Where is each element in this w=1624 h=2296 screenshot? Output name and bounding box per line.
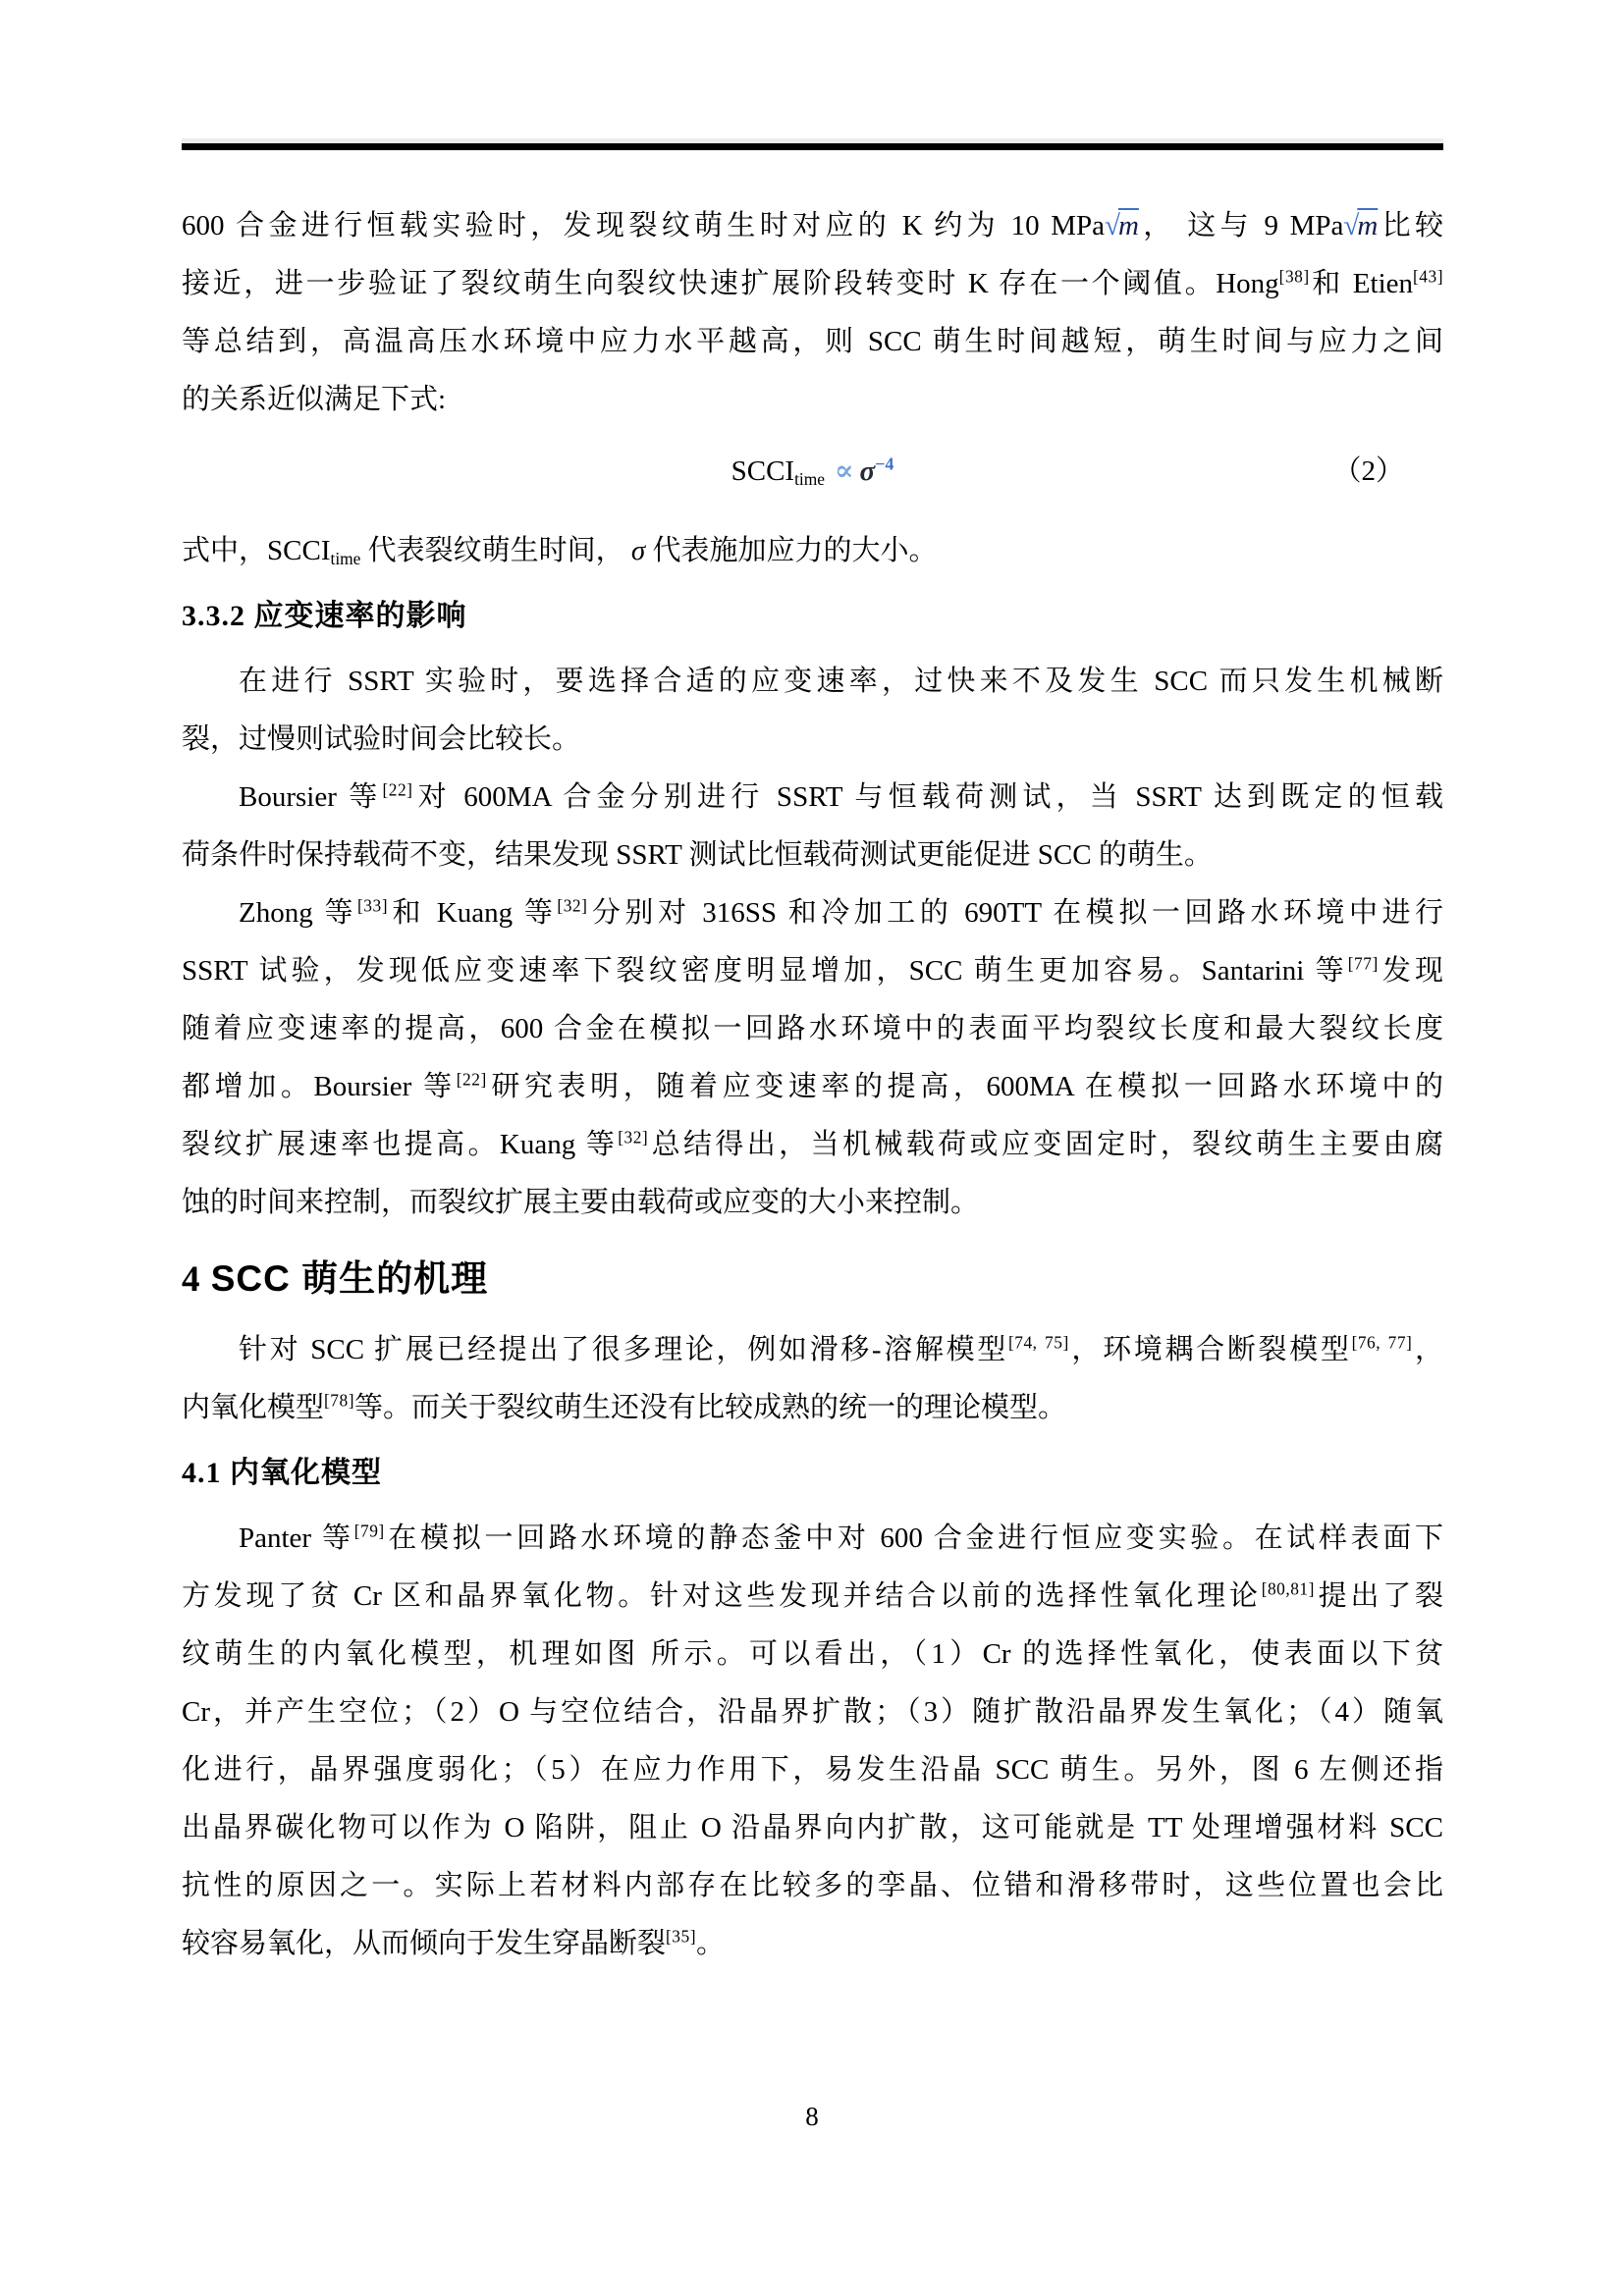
text-segment: 等总结到，高温高压水环境中应力水平越高，则 SCC 萌生时间越短，萌生时间与应力…: [182, 326, 1443, 357]
text-segment: 内氧化模型: [182, 1392, 324, 1423]
text-segment: 裂，过慢则试验时间会比较长。: [182, 723, 580, 755]
text-segment: 研究表明，随着应变速率的提高，600MA 在模拟一回路水环境中的: [487, 1071, 1443, 1102]
text-line: 裂纹扩展速率也提高。Kuang 等[32]总结得出，当机械载荷或应变固定时，裂纹…: [182, 1116, 1443, 1174]
text-segment: Cr，并产生空位；（2）O 与空位结合，沿晶界扩散；（3）随扩散沿晶界发生氧化；…: [182, 1696, 1443, 1728]
paragraph: 式中，SCCItime 代表裂纹萌生时间， σ 代表施加应力的大小。: [182, 522, 1443, 580]
text-segment: 出晶界碳化物可以作为 O 陷阱，阻止 O 沿晶界向内扩散，这可能就是 TT 处理…: [182, 1812, 1443, 1843]
text-segment: 和 Kuang 等: [388, 897, 557, 929]
text-line: 的关系近似满足下式:: [182, 371, 1443, 429]
paragraph: Zhong 等[33]和 Kuang 等[32]分别对 316SS 和冷加工的 …: [182, 884, 1443, 1232]
text-segment: 接近，进一步验证了裂纹萌生向裂纹快速扩展阶段转变时 K 存在一个阈值。Hong: [182, 268, 1279, 299]
equation: SCCItime∝σ−4（2）: [182, 443, 1443, 501]
citation-superscript: [79]: [354, 1521, 385, 1540]
section-heading: 4 SCC 萌生的机理: [182, 1252, 1443, 1308]
text-segment: 发现: [1379, 955, 1443, 987]
paragraph: 在进行 SSRT 实验时，要选择合适的应变速率，过快来不及发生 SCC 而只发生…: [182, 653, 1443, 769]
heading-number: 4: [182, 1259, 211, 1300]
header-rule: [182, 143, 1443, 150]
sqrt-m-symbol: m: [1118, 210, 1139, 241]
paragraph: 600 合金进行恒载实验时，发现裂纹萌生时对应的 K 约为 10 MPa√m， …: [182, 197, 1443, 429]
paragraph: 针对 SCC 扩展已经提出了很多理论，例如滑移-溶解模型[74, 75]，环境耦…: [182, 1321, 1443, 1437]
citation-superscript: [33]: [357, 895, 388, 915]
text-line: 600 合金进行恒载实验时，发现裂纹萌生时对应的 K 约为 10 MPa√m， …: [182, 197, 1443, 255]
citation-superscript: [78]: [324, 1390, 354, 1410]
heading-number: 4.1: [182, 1457, 230, 1489]
text-segment: Panter 等: [239, 1522, 354, 1554]
text-segment: 式中，SCCI: [182, 535, 330, 566]
text-line: 在进行 SSRT 实验时，要选择合适的应变速率，过快来不及发生 SCC 而只发生…: [182, 653, 1443, 711]
equation-body: SCCItime∝σ−4: [731, 455, 894, 487]
exponent-superscript: −4: [875, 454, 893, 473]
text-segment: 的关系近似满足下式:: [182, 384, 446, 415]
text-line: Cr，并产生空位；（2）O 与空位结合，沿晶界扩散；（3）随扩散沿晶界发生氧化；…: [182, 1683, 1443, 1741]
text-segment: 蚀的时间来控制，而裂纹扩展主要由载荷或应变的大小来控制。: [182, 1187, 979, 1218]
sigma-symbol: σ: [631, 535, 645, 566]
text-segment: 比较: [1378, 210, 1443, 241]
citation-superscript: [74, 75]: [1008, 1332, 1069, 1352]
text-segment: Boursier 等: [239, 781, 383, 813]
text-line: 化进行，晶界强度弱化；（5）在应力作用下，易发生沿晶 SCC 萌生。另外，图 6…: [182, 1741, 1443, 1799]
text-segment: 较容易氧化，从而倾向于发生穿晶断裂: [182, 1928, 666, 1959]
citation-superscript: [35]: [666, 1926, 696, 1946]
text-segment: ，: [1412, 1334, 1443, 1365]
text-line: 方发现了贫 Cr 区和晶界氧化物。针对这些发现并结合以前的选择性氧化理论[80,…: [182, 1568, 1443, 1626]
citation-superscript: [43]: [1413, 266, 1443, 286]
text-line: 荷条件时保持载荷不变，结果发现 SSRT 测试比恒载荷测试更能促进 SCC 的萌…: [182, 827, 1443, 884]
citation-superscript: [76, 77]: [1352, 1332, 1413, 1352]
text-segment: 分别对 316SS 和冷加工的 690TT 在模拟一回路水环境中进行: [587, 897, 1443, 929]
text-segment: ， 这与 9 MPa: [1139, 210, 1344, 241]
text-segment: 裂纹扩展速率也提高。Kuang 等: [182, 1129, 618, 1160]
paragraph: Panter 等[79]在模拟一回路水环境的静态釜中对 600 合金进行恒应变实…: [182, 1510, 1443, 1973]
text-line: 接近，进一步验证了裂纹萌生向裂纹快速扩展阶段转变时 K 存在一个阈值。Hong[…: [182, 255, 1443, 313]
subsection-heading: 3.3.2 应变速率的影响: [182, 594, 1443, 639]
text-line: 裂，过慢则试验时间会比较长。: [182, 711, 1443, 769]
text-line: Boursier 等[22]对 600MA 合金分别进行 SSRT 与恒载荷测试…: [182, 769, 1443, 827]
heading-text: 内氧化模型: [230, 1457, 382, 1489]
proportional-symbol: ∝: [835, 455, 853, 487]
text-line: 针对 SCC 扩展已经提出了很多理论，例如滑移-溶解模型[74, 75]，环境耦…: [182, 1321, 1443, 1379]
text-segment: 提出了裂: [1315, 1580, 1443, 1612]
text-line: Panter 等[79]在模拟一回路水环境的静态釜中对 600 合金进行恒应变实…: [182, 1510, 1443, 1568]
text-segment: 抗性的原因之一。实际上若材料内部存在比较多的孪晶、位错和滑移带时，这些位置也会比: [182, 1870, 1443, 1901]
citation-superscript: [38]: [1279, 266, 1310, 286]
citation-superscript: [22]: [457, 1069, 487, 1089]
equation-number: （2）: [1332, 443, 1404, 501]
heading-text: 应变速率的影响: [254, 600, 467, 632]
text-segment: 等。而关于裂纹萌生还没有比较成熟的统一的理论模型。: [354, 1392, 1066, 1423]
text-segment: 在进行 SSRT 实验时，要选择合适的应变速率，过快来不及发生 SCC 而只发生…: [239, 666, 1443, 697]
text-segment: 代表裂纹萌生时间，: [360, 535, 631, 566]
text-line: 纹萌生的内氧化模型，机理如图 所示。可以看出，（1）Cr 的选择性氧化，使表面以…: [182, 1626, 1443, 1683]
text-segment: 总结得出，当机械载荷或应变固定时，裂纹萌生主要由腐: [648, 1129, 1443, 1160]
text-segment: 纹萌生的内氧化模型，机理如图 所示。可以看出，（1）Cr 的选择性氧化，使表面以…: [182, 1638, 1443, 1670]
citation-superscript: [32]: [618, 1127, 648, 1147]
citation-superscript: [77]: [1348, 953, 1379, 973]
text-line: 较容易氧化，从而倾向于发生穿晶断裂[35]。: [182, 1915, 1443, 1973]
citation-superscript: [22]: [383, 779, 413, 799]
document-content: 600 合金进行恒载实验时，发现裂纹萌生时对应的 K 约为 10 MPa√m， …: [182, 143, 1443, 1973]
citation-superscript: [80,81]: [1262, 1578, 1315, 1598]
text-segment: 化进行，晶界强度弱化；（5）在应力作用下，易发生沿晶 SCC 萌生。另外，图 6…: [182, 1754, 1443, 1786]
text-segment: SSRT 试验，发现低应变速率下裂纹密度明显增加，SCC 萌生更加容易。Sant…: [182, 955, 1348, 987]
subscript: time: [330, 549, 360, 568]
text-line: 蚀的时间来控制，而裂纹扩展主要由载荷或应变的大小来控制。: [182, 1174, 1443, 1232]
text-line: 出晶界碳化物可以作为 O 陷阱，阻止 O 沿晶界向内扩散，这可能就是 TT 处理…: [182, 1799, 1443, 1857]
subscript: time: [794, 469, 825, 489]
subsection-heading: 4.1 内氧化模型: [182, 1451, 1443, 1496]
text-segment: 600 合金进行恒载实验时，发现裂纹萌生时对应的 K 约为 10 MPa: [182, 210, 1105, 241]
text-line: 内氧化模型[78]等。而关于裂纹萌生还没有比较成熟的统一的理论模型。: [182, 1379, 1443, 1437]
text-segment: 方发现了贫 Cr 区和晶界氧化物。针对这些发现并结合以前的选择性氧化理论: [182, 1580, 1262, 1612]
text-line: SSRT 试验，发现低应变速率下裂纹密度明显增加，SCC 萌生更加容易。Sant…: [182, 942, 1443, 1000]
text-line: Zhong 等[33]和 Kuang 等[32]分别对 316SS 和冷加工的 …: [182, 884, 1443, 942]
citation-superscript: [32]: [557, 895, 587, 915]
text-segment: 和 Etien: [1310, 268, 1413, 299]
heading-text: SCC 萌生的机理: [211, 1258, 488, 1299]
text-segment: 代表施加应力的大小。: [645, 535, 937, 566]
text-segment: 对 600MA 合金分别进行 SSRT 与恒载荷测试，当 SSRT 达到既定的恒…: [412, 781, 1443, 813]
text-segment: 都增加。Boursier 等: [182, 1071, 457, 1102]
text-line: 式中，SCCItime 代表裂纹萌生时间， σ 代表施加应力的大小。: [182, 522, 1443, 580]
text-segment: ，环境耦合断裂模型: [1069, 1334, 1352, 1365]
sqrt-m-symbol: m: [1357, 210, 1378, 241]
text-segment: 随着应变速率的提高，600 合金在模拟一回路水环境中的表面平均裂纹长度和最大裂纹…: [182, 1013, 1443, 1044]
text-segment: 荷条件时保持载荷不变，结果发现 SSRT 测试比恒载荷测试更能促进 SCC 的萌…: [182, 839, 1213, 871]
page-number: 8: [0, 2097, 1624, 2136]
sigma-symbol: σ: [860, 455, 876, 487]
text-segment: Zhong 等: [239, 897, 357, 929]
text-segment: SCCI: [731, 455, 794, 487]
text-segment: 在模拟一回路水环境的静态釜中对 600 合金进行恒应变实验。在试样表面下: [385, 1522, 1443, 1554]
text-segment: 针对 SCC 扩展已经提出了很多理论，例如滑移-溶解模型: [239, 1334, 1008, 1365]
text-line: 抗性的原因之一。实际上若材料内部存在比较多的孪晶、位错和滑移带时，这些位置也会比: [182, 1857, 1443, 1915]
paragraph: Boursier 等[22]对 600MA 合金分别进行 SSRT 与恒载荷测试…: [182, 769, 1443, 884]
text-line: 都增加。Boursier 等[22]研究表明，随着应变速率的提高，600MA 在…: [182, 1058, 1443, 1116]
text-line: 等总结到，高温高压水环境中应力水平越高，则 SCC 萌生时间越短，萌生时间与应力…: [182, 313, 1443, 371]
heading-number: 3.3.2: [182, 600, 254, 632]
text-line: 随着应变速率的提高，600 合金在模拟一回路水环境中的表面平均裂纹长度和最大裂纹…: [182, 1000, 1443, 1058]
text-segment: 。: [696, 1928, 725, 1959]
